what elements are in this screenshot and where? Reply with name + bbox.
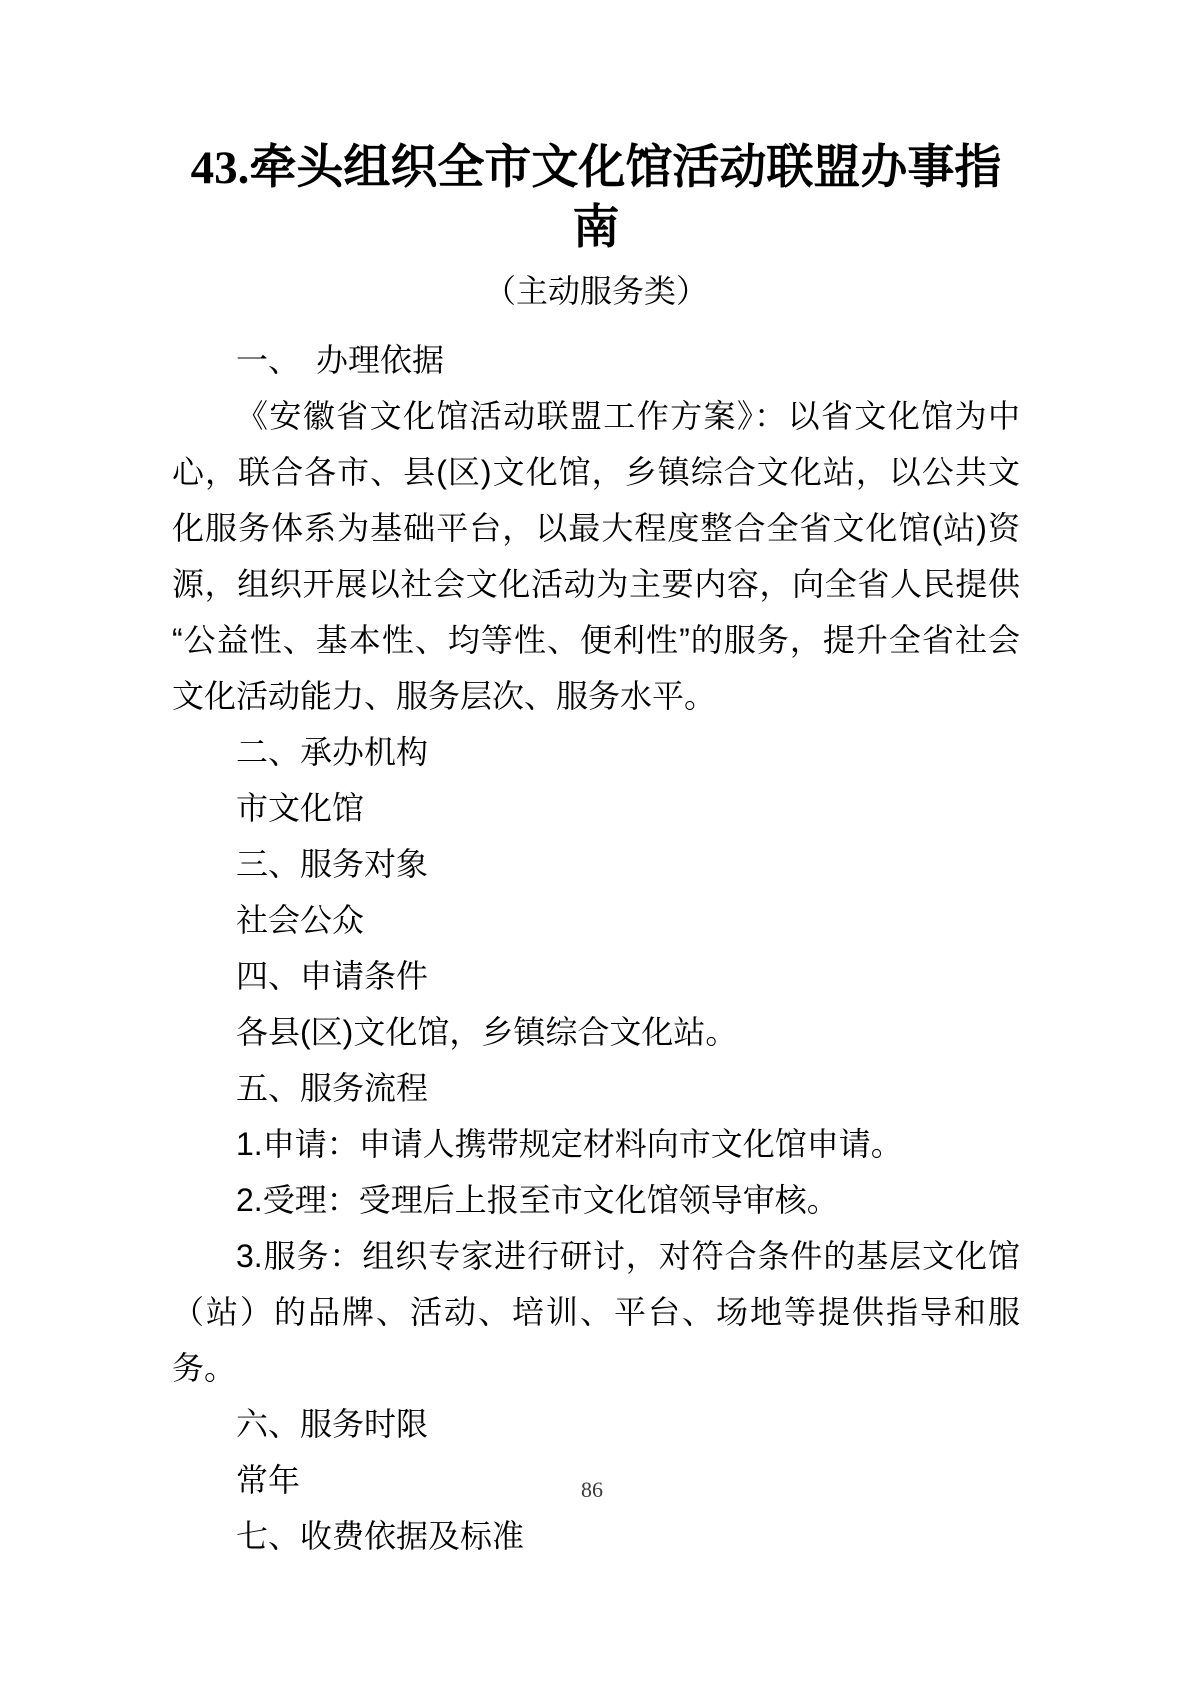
paragraph: 《安徽省文化馆活动联盟工作方案》：以省文化馆为中心，联合各市、县(区)文化馆，乡… (172, 388, 1020, 724)
paragraph: 2.受理：受理后上报至市文化馆领导审核。 (172, 1172, 1020, 1228)
document-title: 43.牵头组织全市文化馆活动联盟办事指南 (172, 0, 1020, 258)
paragraph: 1.申请：申请人携带规定材料向市文化馆申请。 (172, 1116, 1020, 1172)
document-body: 一、 办理依据《安徽省文化馆活动联盟工作方案》：以省文化馆为中心，联合各市、县(… (172, 332, 1020, 1564)
section-heading: 一、 办理依据 (172, 332, 1020, 388)
paragraph: 社会公众 (172, 892, 1020, 948)
paragraph: 3.服务：组织专家进行研讨，对符合条件的基层文化馆（站）的品牌、活动、培训、平台… (172, 1228, 1020, 1396)
page-content: 43.牵头组织全市文化馆活动联盟办事指南 （主动服务类） 一、 办理依据《安徽省… (172, 0, 1020, 1564)
document-subtitle: （主动服务类） (172, 270, 1020, 312)
paragraph: 市文化馆 (172, 780, 1020, 836)
section-heading: 七、收费依据及标准 (172, 1508, 1020, 1564)
paragraph: 各县(区)文化馆，乡镇综合文化站。 (172, 1004, 1020, 1060)
section-heading: 五、服务流程 (172, 1060, 1020, 1116)
section-heading: 六、服务时限 (172, 1396, 1020, 1452)
section-heading: 三、服务对象 (172, 836, 1020, 892)
page-number: 86 (0, 1476, 1184, 1504)
document-page: 43.牵头组织全市文化馆活动联盟办事指南 （主动服务类） 一、 办理依据《安徽省… (0, 0, 1190, 1683)
section-heading: 四、申请条件 (172, 948, 1020, 1004)
section-heading: 二、承办机构 (172, 724, 1020, 780)
